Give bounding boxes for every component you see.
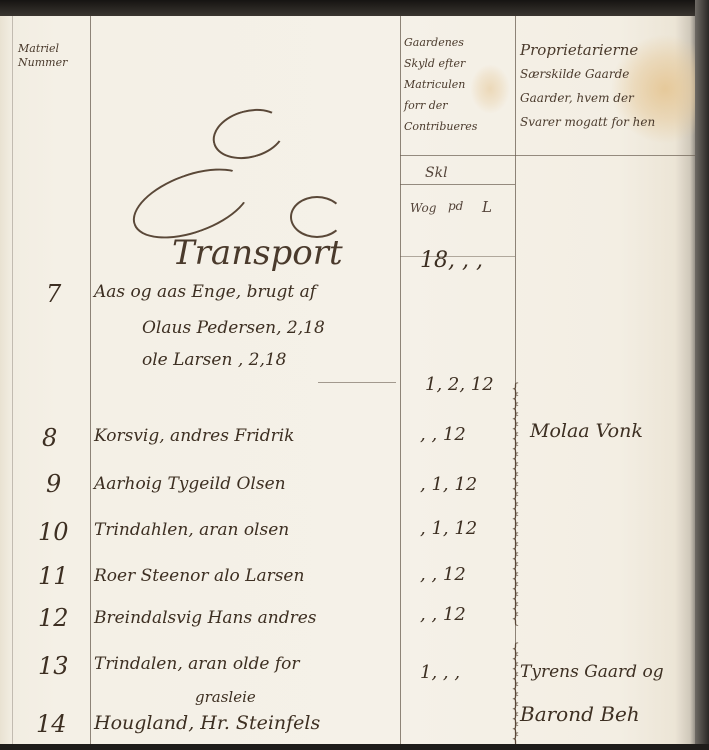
header-line: Gaarder, hvem der bbox=[520, 86, 655, 110]
transport-amount: 18, , , bbox=[420, 250, 483, 272]
header-line: Matriel bbox=[18, 42, 67, 56]
brace-mark: {{{{{{{{{{ bbox=[511, 644, 520, 744]
column-rule bbox=[90, 14, 91, 744]
entry-amount: , , 12 bbox=[420, 566, 466, 584]
entry-number: 11 bbox=[38, 564, 69, 588]
page-top-edge bbox=[0, 0, 709, 16]
header-rule bbox=[400, 155, 696, 156]
units-l: L bbox=[482, 200, 492, 215]
header-line: Contribueres bbox=[404, 116, 477, 137]
entry-amount: , 1, 12 bbox=[420, 520, 477, 538]
flourish-icon bbox=[207, 101, 291, 167]
header-line: Særskilde Gaarde bbox=[520, 62, 655, 86]
entry-line: Roer Steenor alo Larsen bbox=[94, 568, 304, 585]
column-rule bbox=[400, 14, 401, 744]
header-line: forr der bbox=[404, 95, 477, 116]
entry-proprietor: Barond Beh bbox=[520, 704, 640, 724]
entry-line: Trindalen, aran olde for bbox=[94, 656, 300, 673]
units-wog: Wog bbox=[410, 202, 436, 214]
header-proprietarier: Proprietarierne Særskilde Gaarde Gaarder… bbox=[520, 38, 655, 134]
entry-line: Trindahlen, aran olsen bbox=[94, 522, 289, 539]
flourish-icon bbox=[290, 196, 344, 238]
entry-line: grasleie bbox=[195, 690, 256, 705]
entry-line: Breindalsvig Hans andres bbox=[94, 610, 317, 627]
entry-number: 9 bbox=[46, 472, 61, 496]
header-line: Gaardenes bbox=[404, 32, 477, 53]
entry-number: 7 bbox=[46, 282, 61, 306]
brace-mark: {{{{{{{{{{{{{{{{{{{{{{{{ bbox=[511, 384, 520, 624]
header-skyld: Gaardenes Skyld efter Matriculen forr de… bbox=[404, 32, 477, 137]
entry-line: Hougland, Hr. Steinfels bbox=[94, 714, 320, 733]
header-line: Matriculen bbox=[404, 74, 477, 95]
entry-line: ole Larsen , 2,18 bbox=[142, 352, 286, 369]
units-main: Skl bbox=[425, 166, 448, 180]
header-line: Nummer bbox=[18, 56, 67, 70]
transport-label: Transport bbox=[172, 236, 343, 270]
column-rule bbox=[515, 14, 516, 744]
entry-proprietor: Tyrens Gaard og bbox=[520, 664, 664, 681]
entry-line: Olaus Pedersen, 2,18 bbox=[142, 320, 325, 337]
header-line: Svarer mogatt for hen bbox=[520, 110, 655, 134]
units-pd: pd bbox=[448, 200, 463, 212]
page-right-edge bbox=[695, 0, 709, 750]
entry-line: Aas og aas Enge, brugt af bbox=[94, 284, 316, 301]
entry-amount: , , 12 bbox=[420, 606, 466, 624]
entry-proprietor: Molaa Vonk bbox=[530, 422, 643, 441]
header-matrikel: Matriel Nummer bbox=[18, 42, 67, 70]
entry-amount: 1, 2, 12 bbox=[425, 376, 494, 394]
header-line: Skyld efter bbox=[404, 53, 477, 74]
units-rule bbox=[400, 184, 515, 185]
entry-amount: 1, , , bbox=[420, 664, 460, 682]
entry-amount: , , 12 bbox=[420, 426, 466, 444]
entry-number: 10 bbox=[38, 520, 69, 544]
page-bottom-edge bbox=[0, 744, 709, 750]
column-rule bbox=[12, 14, 13, 744]
wavy-line bbox=[318, 382, 396, 383]
ledger-page: Matriel Nummer Gaardenes Skyld efter Mat… bbox=[0, 14, 696, 744]
entry-amount: , 1, 12 bbox=[420, 476, 477, 494]
entry-line: Aarhoig Tygeild Olsen bbox=[94, 476, 286, 493]
entry-number: 13 bbox=[38, 654, 69, 678]
entry-number: 8 bbox=[42, 426, 57, 450]
entry-line: Korsvig, andres Fridrik bbox=[94, 428, 294, 445]
entry-number: 14 bbox=[36, 712, 67, 736]
entry-number: 12 bbox=[38, 606, 69, 630]
header-line: Proprietarierne bbox=[520, 38, 655, 62]
